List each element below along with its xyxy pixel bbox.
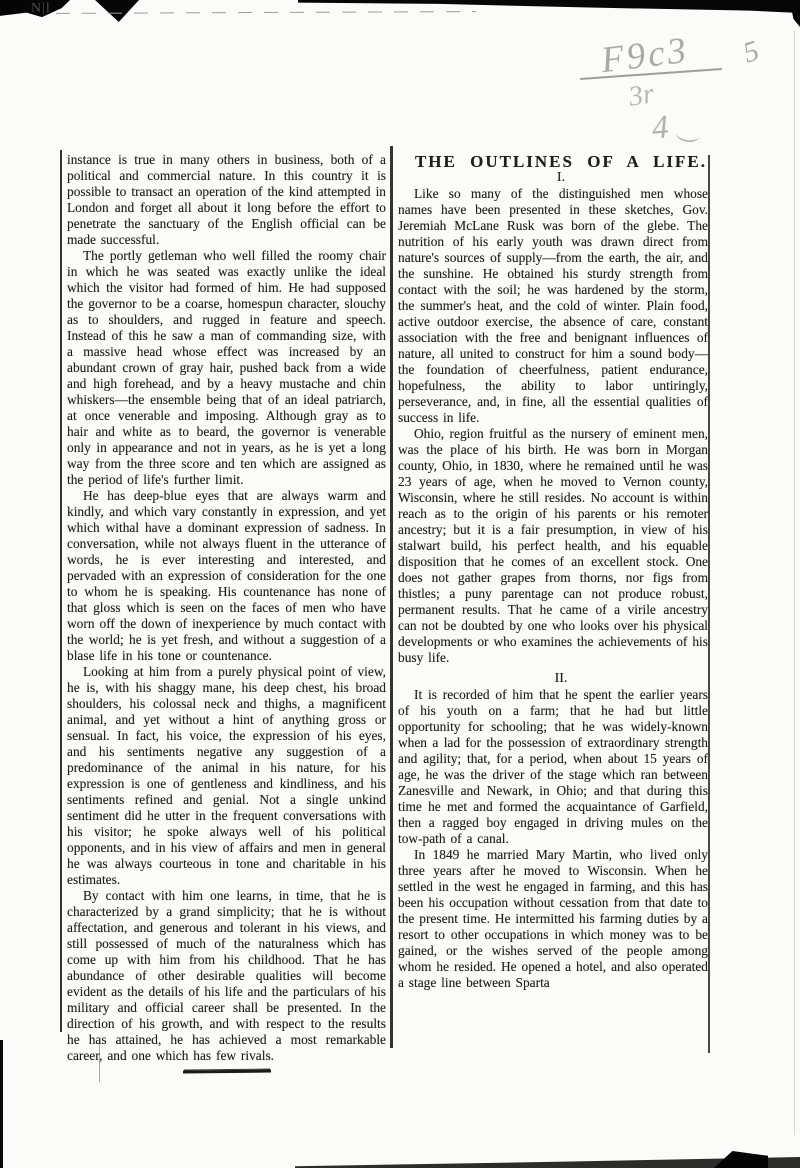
scan-artifact-bottom-band [295,1156,800,1168]
column-rule-middle [390,146,393,1048]
scan-artifact-bottom-wedge [714,1151,768,1168]
article-paragraph: instance is true in many others in busin… [67,152,386,248]
article-paragraph: The portly getleman who well filled the … [67,248,386,488]
article-title: THE OUTLINES OF A LIFE. [398,154,708,170]
article-paragraph: By contact with him one learns, in time,… [67,888,386,1064]
handwritten-mark-line2: 3r [627,78,657,114]
scan-artifact-dash-line [56,11,476,14]
left-column: instance is true in many others in busin… [67,152,386,1073]
article-paragraph: Like so many of the distinguished men wh… [398,186,708,426]
article-paragraph: It is recorded of him that he spent the … [398,687,708,847]
pencil-curve-stroke [675,124,701,143]
section-2-label: II. [398,671,708,687]
scan-artifact-top-right-notch [789,0,800,27]
newspaper-scan-page: N|l F9c3 5 3r 4 instance is true in many… [0,0,800,1168]
article-paragraph: Ohio, region fruitful as the nursery of … [398,426,708,666]
right-column: THE OUTLINES OF A LIFE. I. Like so many … [398,154,708,991]
scan-artifact-top-strip [298,0,800,13]
article-paragraph: In 1849 he married Mary Martin, who live… [398,847,708,991]
handwritten-mark-line3: 4 [650,109,670,147]
article-paragraph: Looking at him from a purely physical po… [67,664,386,888]
column-rule-left [60,150,62,1032]
section-1-label: I. [398,170,708,186]
column-rule-right [708,155,710,1053]
article-end-divider [182,1070,270,1074]
handwritten-number: 5 [739,35,763,71]
handwritten-mark-top-left: N|l [31,1,51,17]
article-paragraph: He has deep-blue eyes that are always wa… [67,488,386,664]
scan-artifact-top-triangle [95,0,139,22]
scan-artifact-right-edge [794,30,795,1135]
scan-artifact-left-edge [0,1040,3,1168]
